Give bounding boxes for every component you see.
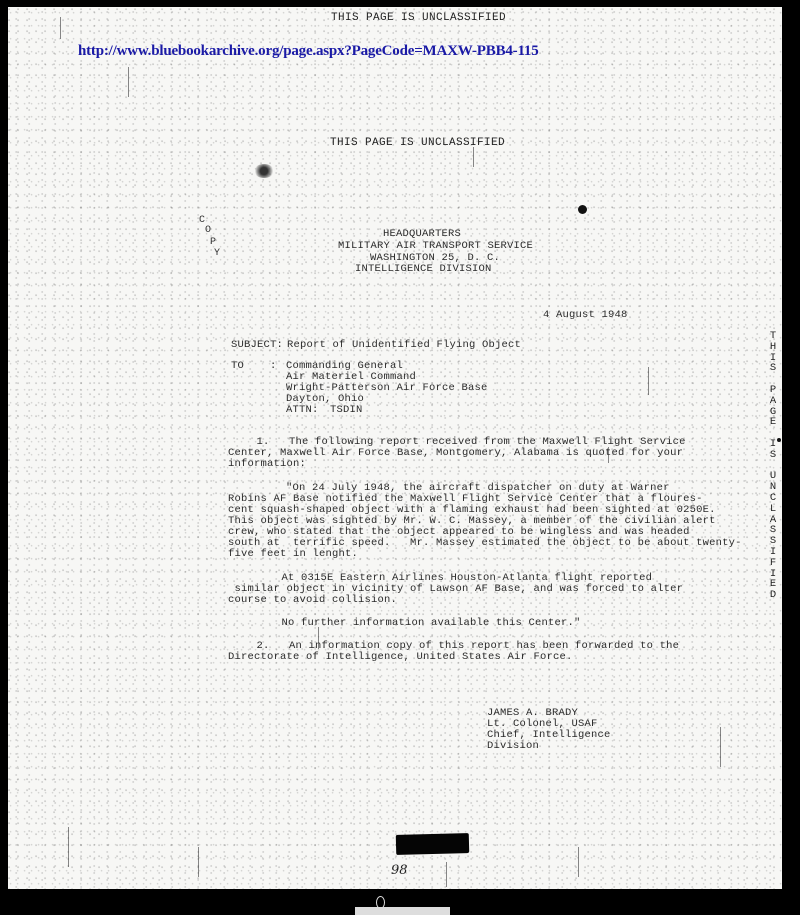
scan-border xyxy=(782,0,800,915)
letterhead-line: INTELLIGENCE DIVISION xyxy=(355,264,492,276)
letterhead-line: HEADQUARTERS xyxy=(383,229,461,241)
subject-label: SUBJECT: xyxy=(231,340,283,352)
quote-line: No further information available this Ce… xyxy=(210,618,581,630)
scan-mark xyxy=(376,896,385,909)
to-colon: : xyxy=(270,361,277,373)
scan-scratch xyxy=(68,827,69,867)
ink-blotch xyxy=(254,164,274,178)
copy-letter: P xyxy=(210,237,216,248)
signature-title: Division xyxy=(487,741,539,753)
scan-scratch xyxy=(128,67,129,97)
copy-stamp: C O P Y xyxy=(197,215,227,265)
scan-scratch xyxy=(578,847,579,877)
copy-letter: Y xyxy=(214,248,220,259)
redaction-bar xyxy=(396,833,469,855)
archive-link[interactable]: http://www.bluebookarchive.org/page.aspx… xyxy=(78,43,539,60)
scan-scratch xyxy=(446,862,447,887)
scan-scratch xyxy=(648,367,649,395)
scan-scratch xyxy=(720,727,721,767)
scan-scratch xyxy=(198,847,199,877)
document-date: 4 August 1948 xyxy=(543,310,628,322)
body-line: Directorate of Intelligence, United Stat… xyxy=(228,652,573,664)
to-label: TO xyxy=(231,361,244,373)
handwritten-page-number: 98 xyxy=(391,863,408,878)
body-line: information: xyxy=(228,459,306,471)
letterhead-line: MILITARY AIR TRANSPORT SERVICE xyxy=(338,241,533,253)
quote-line: course to avoid collision. xyxy=(228,595,397,607)
side-classification-banner: T H I S P A G E I S U N C L A S S I F I … xyxy=(767,331,779,601)
ink-dot xyxy=(578,205,587,214)
scan-scratch xyxy=(60,17,61,39)
attn-value: TSDIN xyxy=(330,405,363,417)
scan-tab xyxy=(355,907,450,915)
quote-line: five feet in lenght. xyxy=(228,549,358,561)
subject-value: Report of Unidentified Flying Object xyxy=(287,340,521,352)
scan-scratch xyxy=(473,147,474,167)
copy-letter: O xyxy=(205,225,211,236)
attn-label: ATTN: xyxy=(286,405,319,417)
inner-classification-banner: THIS PAGE IS UNCLASSIFIED xyxy=(330,137,505,149)
top-classification-banner: THIS PAGE IS UNCLASSIFIED xyxy=(331,12,506,24)
